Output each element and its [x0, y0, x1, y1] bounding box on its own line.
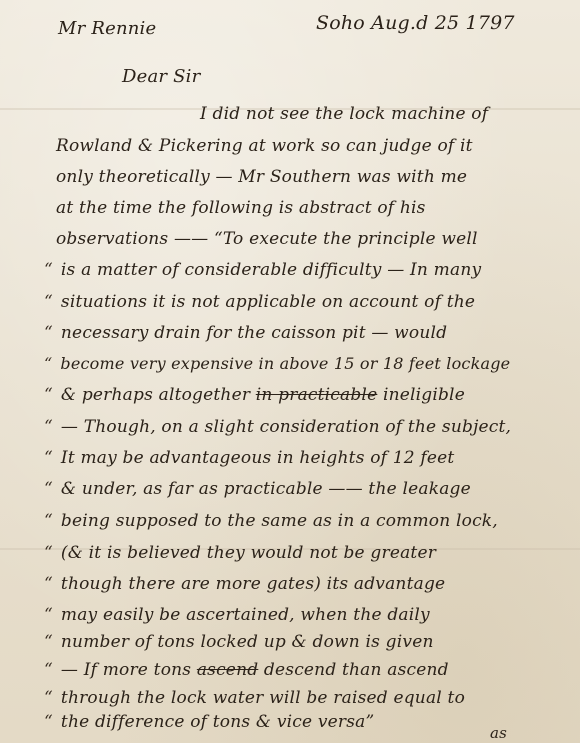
struck-text: in practicable [256, 385, 378, 405]
body-line: “may easily be ascertained, when the dai… [44, 605, 430, 625]
struck-text: ascend [197, 660, 258, 680]
body-line: Rowland & Pickering at work so can judge… [56, 136, 473, 156]
body-line: “number of tons locked up & down is give… [44, 632, 434, 652]
body-line: “& under, as far as practicable —— the l… [44, 479, 471, 499]
body-line: “the difference of tons & vice versa” [44, 712, 374, 732]
body-line: “— If more tons ascend descend than asce… [44, 660, 449, 680]
body-line: “though there are more gates) its advant… [44, 574, 445, 594]
body-line: “It may be advantageous in heights of 12… [44, 448, 454, 468]
catchword: as [490, 724, 507, 742]
dateline: Soho Aug.d 25 1797 [316, 12, 515, 34]
body-line: I did not see the lock machine of [200, 104, 488, 124]
body-line: “is a matter of considerable difficulty … [44, 260, 481, 280]
letter-page: Mr Rennie Soho Aug.d 25 1797 Dear Sir I … [0, 0, 580, 743]
body-line: “become very expensive in above 15 or 18… [44, 354, 510, 373]
body-line: “(& it is believed they would not be gre… [44, 543, 436, 563]
body-line: “necessary drain for the caisson pit — w… [44, 323, 447, 343]
body-line: observations —— “To execute the principl… [56, 229, 478, 249]
salutation: Dear Sir [122, 66, 200, 87]
recipient: Mr Rennie [58, 18, 156, 39]
body-line: at the time the following is abstract of… [56, 198, 426, 218]
body-line: “situations it is not applicable on acco… [44, 292, 475, 312]
body-line: “through the lock water will be raised e… [44, 688, 465, 708]
body-line: only theoretically — Mr Southern was wit… [56, 167, 467, 187]
body-line: “— Though, on a slight consideration of … [44, 417, 511, 437]
body-line: “& perhaps altogether in practicable ine… [44, 385, 465, 405]
body-line: “being supposed to the same as in a comm… [44, 511, 498, 531]
